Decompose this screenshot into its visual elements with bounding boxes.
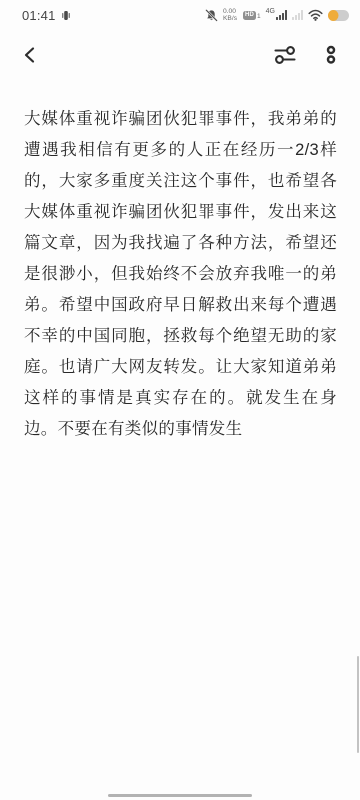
signal-bars-icon bbox=[276, 10, 287, 20]
network-speed-unit: KB/s bbox=[223, 15, 237, 22]
wifi-icon bbox=[308, 9, 323, 21]
sim2-signal-bars-icon bbox=[292, 10, 303, 20]
network-speed: 0.00 KB/s bbox=[223, 8, 238, 23]
network-speed-value: 0.00 bbox=[223, 8, 236, 15]
home-indicator[interactable] bbox=[108, 794, 252, 798]
back-chevron-icon bbox=[20, 45, 40, 65]
hd-icon: HD bbox=[243, 11, 256, 20]
note-text[interactable]: 大媒体重视诈骗团伙犯罪事件，我弟弟的遭遇我相信有更多的人正在经历一2/3样的，大… bbox=[24, 104, 337, 445]
note-editor-screen: 01:41 0.00 KB/s bbox=[0, 0, 360, 800]
battery-icon bbox=[328, 10, 350, 21]
hd-sim-index: 1 bbox=[257, 14, 261, 20]
scrollbar-thumb[interactable] bbox=[357, 656, 360, 753]
sim1-signal: 4G bbox=[266, 10, 287, 20]
volte-hd-badge: HD 1 bbox=[243, 11, 261, 20]
notification-mute-icon bbox=[205, 9, 218, 22]
back-button[interactable] bbox=[20, 45, 40, 65]
toolbar-actions bbox=[273, 43, 338, 67]
more-menu-button[interactable] bbox=[324, 43, 338, 67]
vibrate-icon bbox=[62, 10, 70, 21]
network-type-label: 4G bbox=[266, 8, 275, 15]
note-content-area[interactable]: 大媒体重视诈骗团伙犯罪事件，我弟弟的遭遇我相信有更多的人正在经历一2/3样的，大… bbox=[0, 82, 360, 445]
toolbar bbox=[0, 28, 360, 82]
status-bar: 01:41 0.00 KB/s bbox=[0, 0, 360, 28]
clock-time: 01:41 bbox=[22, 8, 56, 23]
tune-sliders-icon bbox=[273, 44, 297, 66]
more-menu-two-dots-icon bbox=[324, 43, 338, 67]
tune-button[interactable] bbox=[273, 44, 297, 66]
status-right: 0.00 KB/s HD 1 4G bbox=[205, 8, 350, 23]
status-left: 01:41 bbox=[22, 8, 70, 23]
